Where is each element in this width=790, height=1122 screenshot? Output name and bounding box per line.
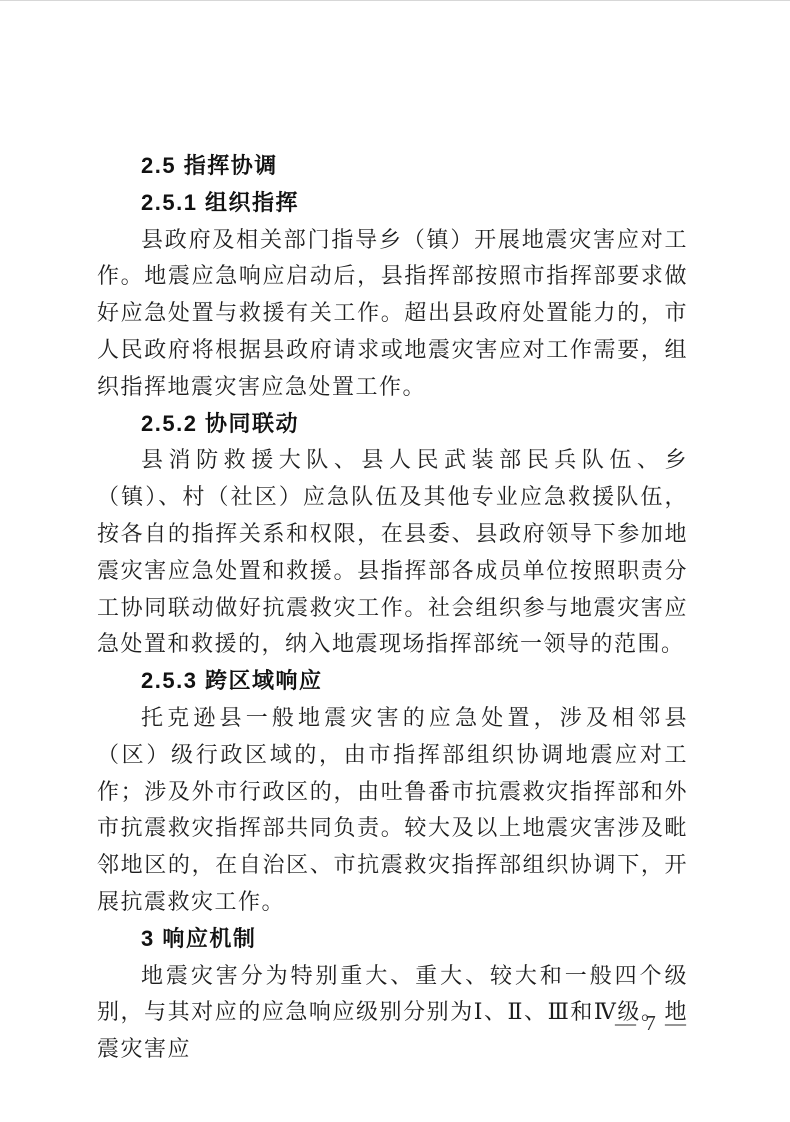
- paragraph-response-mechanism: 地震灾害分为特别重大、重大、较大和一般四个级别，与其对应的应急响应级别分别为Ⅰ、…: [97, 958, 688, 1068]
- paragraph-coordinated-linkage: 县消防救援大队、县人民武装部民兵队伍、乡（镇）、村（社区）应急队伍及其他专业应急…: [97, 442, 688, 663]
- heading-2-5-3-cross-region-response: 2.5.3 跨区域响应: [97, 663, 688, 700]
- scan-edge-line: [0, 0, 790, 1]
- page-number: — 7 —: [615, 1011, 688, 1036]
- heading-3-response-mechanism: 3 响应机制: [97, 921, 688, 958]
- heading-2-5-2-coordinated-linkage: 2.5.2 协同联动: [97, 406, 688, 443]
- document-body: 2.5 指挥协调 2.5.1 组织指挥 县政府及相关部门指导乡（镇）开展地震灾害…: [97, 148, 688, 1068]
- paragraph-cross-region-response: 托克逊县一般地震灾害的应急处置，涉及相邻县（区）级行政区域的，由市指挥部组织协调…: [97, 700, 688, 921]
- heading-2-5-command-coordination: 2.5 指挥协调: [97, 148, 688, 185]
- heading-2-5-1-organizational-command: 2.5.1 组织指挥: [97, 185, 688, 222]
- paragraph-organizational-command: 县政府及相关部门指导乡（镇）开展地震灾害应对工作。地震应急响应启动后，县指挥部按…: [97, 222, 688, 406]
